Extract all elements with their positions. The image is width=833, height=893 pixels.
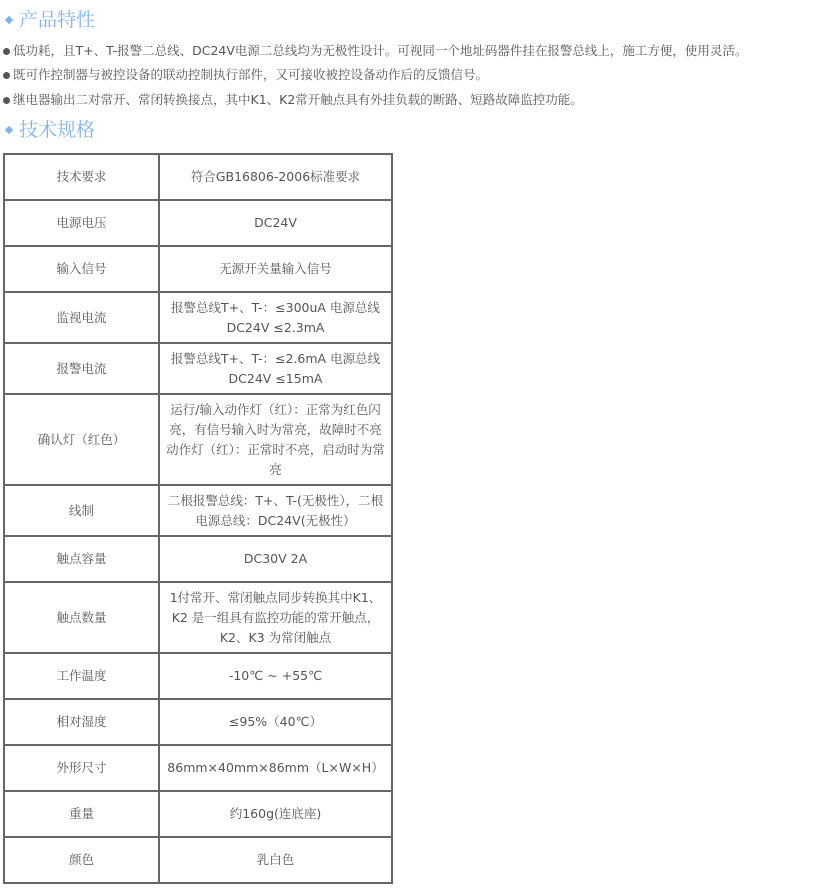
table-row: 监视电流报警总线T+、T-：≤300uA 电源总线DC24V ≤2.3mA [4,292,392,343]
spec-label: 颜色 [4,837,159,883]
feature-item: 继电器输出二对常开、常闭转换接点，其中K1、K2常开触点具有外挂负载的断路、短路… [3,91,583,109]
spec-label: 输入信号 [4,246,159,292]
table-row: 外形尺寸86mm×40mm×86mm（L×W×H） [4,745,392,791]
spec-label: 技术要求 [4,154,159,200]
features-heading-text: 产品特性 [19,8,95,32]
spec-value: 乳白色 [159,837,392,883]
features-heading: 产品特性 [3,8,95,32]
feature-item: 既可作控制器与被控设备的联动控制执行部件，又可接收被控设备动作后的反馈信号。 [3,66,488,84]
bullet-dot-icon [3,72,10,79]
spec-label: 外形尺寸 [4,745,159,791]
spec-label: 监视电流 [4,292,159,343]
spec-value: 86mm×40mm×86mm（L×W×H） [159,745,392,791]
spec-value: 约160g(连底座) [159,791,392,837]
spec-value: ≤95%（40℃） [159,699,392,745]
spec-label: 触点数量 [4,582,159,653]
spec-value: DC30V 2A [159,536,392,582]
spec-value: 1付常开、常闭触点同步转换其中K1、K2 是一组具有监控功能的常开触点，K2、K… [159,582,392,653]
feature-item: 低功耗，且T+、T-报警二总线、DC24V电源二总线均为无极性设计。可视同一个地… [3,42,747,60]
spec-label: 确认灯（红色） [4,394,159,485]
diamond-bullet-icon [5,16,13,24]
table-row: 相对湿度≤95%（40℃） [4,699,392,745]
table-row: 触点容量DC30V 2A [4,536,392,582]
spec-label: 相对湿度 [4,699,159,745]
table-row: 触点数量1付常开、常闭触点同步转换其中K1、K2 是一组具有监控功能的常开触点，… [4,582,392,653]
spec-table: 技术要求符合GB16806-2006标准要求电源电压DC24V输入信号无源开关量… [3,153,393,884]
table-row: 工作温度-10℃ ~ +55℃ [4,653,392,699]
table-row: 确认灯（红色）运行/输入动作灯（红）：正常为红色闪亮，有信号输入时为常亮，故障时… [4,394,392,485]
spec-value: -10℃ ~ +55℃ [159,653,392,699]
spec-label: 电源电压 [4,200,159,246]
table-row: 线制二根报警总线：T+、T-(无极性），二根电源总线：DC24V(无极性） [4,485,392,536]
table-row: 颜色乳白色 [4,837,392,883]
table-row: 重量约160g(连底座) [4,791,392,837]
table-row: 输入信号无源开关量输入信号 [4,246,392,292]
spec-value: 报警总线T+、T-：≤300uA 电源总线DC24V ≤2.3mA [159,292,392,343]
specs-heading-text: 技术规格 [19,118,95,142]
spec-value: 报警总线T+、T-：≤2.6mA 电源总线DC24V ≤15mA [159,343,392,394]
bullet-dot-icon [3,97,10,104]
bullet-dot-icon [3,48,10,55]
spec-label: 报警电流 [4,343,159,394]
table-row: 技术要求符合GB16806-2006标准要求 [4,154,392,200]
table-row: 报警电流报警总线T+、T-：≤2.6mA 电源总线DC24V ≤15mA [4,343,392,394]
spec-label: 线制 [4,485,159,536]
diamond-bullet-icon [5,126,13,134]
table-row: 电源电压DC24V [4,200,392,246]
spec-value: 运行/输入动作灯（红）：正常为红色闪亮，有信号输入时为常亮，故障时不亮动作灯（红… [159,394,392,485]
spec-label: 重量 [4,791,159,837]
spec-value: 二根报警总线：T+、T-(无极性），二根电源总线：DC24V(无极性） [159,485,392,536]
spec-value: 符合GB16806-2006标准要求 [159,154,392,200]
specs-heading: 技术规格 [3,118,95,142]
spec-label: 工作温度 [4,653,159,699]
spec-label: 触点容量 [4,536,159,582]
spec-value: 无源开关量输入信号 [159,246,392,292]
spec-value: DC24V [159,200,392,246]
